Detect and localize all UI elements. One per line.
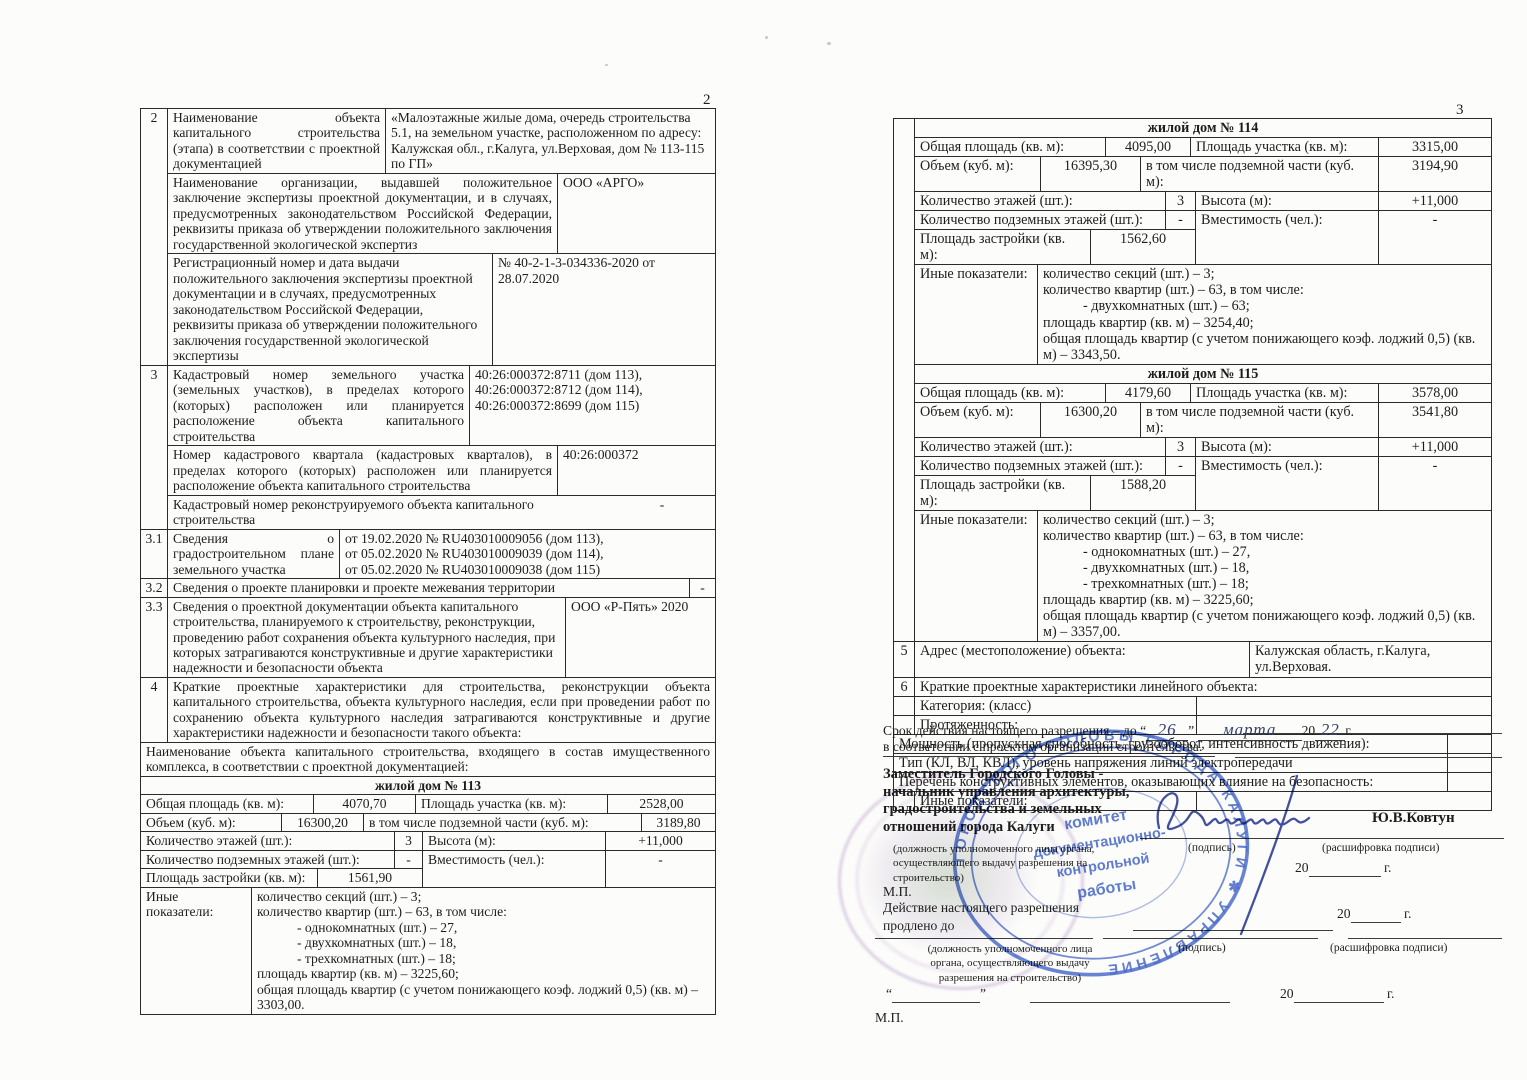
table-row: Кадастровый номер реконструируемого объе…: [168, 495, 715, 529]
spec-row: Общая площадь (кв. м): 4070,70 Площадь у…: [141, 794, 715, 812]
year-prefix: 20: [1302, 723, 1316, 738]
spec-row: Количество этажей (шт.): 3 Высота (м): +…: [915, 437, 1491, 456]
row-number: 3.3: [141, 598, 167, 677]
stamp-center-line-4: работы: [1076, 876, 1137, 902]
blank-line: [1030, 1002, 1230, 1003]
scan-speck: [827, 42, 831, 45]
spec-value: 1562,60: [1090, 230, 1195, 264]
g-label: г.: [1384, 860, 1391, 875]
label-address: Адрес (местоположение) объекта:: [914, 642, 1249, 676]
spec-value: 3578,00: [1378, 384, 1491, 402]
table-row: Кадастровый номер земельного участка (зе…: [168, 366, 715, 445]
spec-label: Вместимость (чел.):: [1195, 457, 1378, 510]
other-indicators-content: количество секций (шт.) – 3; количество …: [1037, 265, 1491, 363]
mp-label-2: М.П.: [875, 1010, 904, 1026]
indicator-line: количество секций (шт.) – 3;: [257, 889, 710, 904]
spec-label: Вместимость (чел.):: [1195, 211, 1378, 264]
indicator-line: площадь квартир (кв. м) – 3225,60;: [257, 966, 710, 981]
indicator-line: - однокомнатных (шт.) – 27,: [1083, 544, 1486, 560]
spec-label: Вместимость (чел.):: [422, 851, 605, 887]
spec-value: 3194,90: [1378, 157, 1491, 191]
page-number-3: 3: [1456, 102, 1464, 119]
row-number: 3: [141, 366, 167, 529]
other-indicators-content: количество секций (шт.) – 3; количество …: [1037, 511, 1491, 641]
label-planning-project: Сведения о проекте планировки и проекте …: [167, 579, 689, 596]
spec-value: 3: [394, 832, 422, 849]
spec-label: Количество этажей (шт.):: [141, 832, 394, 849]
spec-label: Количество подземных этажей (шт.):: [915, 457, 1165, 475]
spec-row: Площадь застройки (кв. м): 1588,20: [915, 475, 1195, 510]
scanned-permit-document: { "p2": { "page_no": "2", "n2": "2", "na…: [0, 0, 1527, 1080]
spec-label: Высота (м):: [1195, 438, 1378, 456]
spec-row: Объем (куб. м): 16395,30 в том числе под…: [915, 156, 1491, 191]
row-number: 2: [141, 109, 167, 365]
date-blank-3: 20 г.: [1280, 986, 1394, 1003]
spec-value: 3541,80: [1378, 403, 1491, 437]
house-114-title: жилой дом № 114: [915, 119, 1491, 137]
complex-name-text: Наименование объекта капитального строит…: [141, 743, 715, 776]
table-row: Наименование объекта капитального строит…: [141, 742, 715, 776]
spec-row: Количество подземных этажей (шт.): -: [915, 211, 1195, 229]
value-object-name: «Малоэтажные жилые дома, очередь строите…: [385, 109, 715, 173]
indicator-line: количество квартир (шт.) – 63, в том чис…: [1043, 282, 1486, 298]
spec-label: Высота (м):: [1195, 192, 1378, 210]
spec-row: Объем (куб. м): 16300,20 в том числе под…: [915, 402, 1491, 437]
indicator-line: общая площадь квартир (с учетом понижающ…: [257, 982, 710, 1013]
label-linear-object: Краткие проектные характеристики линейно…: [914, 678, 1491, 696]
indicator-line: общая площадь квартир (с учетом понижающ…: [1043, 331, 1486, 363]
spec-row: Площадь застройки (кв. м): 1562,60: [915, 229, 1195, 264]
scan-speck: [605, 64, 608, 66]
spec-value: 4070,70: [313, 795, 415, 812]
house-113-title: жилой дом № 113: [141, 777, 715, 794]
label-category: Категория: (класс): [914, 697, 1196, 715]
row-group-3: Кадастровый номер земельного участка (зе…: [167, 366, 715, 529]
value-gpzu: от 19.02.2020 № RU403010009056 (дом 113)…: [339, 530, 715, 578]
other-indicators-row: Иные показатели: количество секций (шт.)…: [915, 510, 1491, 641]
spec-label: Площадь участка (кв. м):: [1190, 138, 1378, 156]
label-project-docs: Сведения о проектной документации объект…: [167, 598, 565, 677]
spec-label: Объем (куб. м):: [915, 403, 1040, 437]
spec-value: 16300,20: [1040, 403, 1140, 437]
spec-label: Объем (куб. м):: [141, 814, 281, 831]
table-row: Номер кадастрового квартала (кадастровых…: [168, 445, 715, 494]
value-address: Калужская область, г.Калуга, ул.Верховая…: [1249, 642, 1491, 676]
other-indicators-content: количество секций (шт.) – 3; количество …: [251, 888, 715, 1014]
indicator-line: - двухкомнатных (шт.) – 18,: [297, 935, 710, 950]
label-object-name: Наименование объекта капитального строит…: [168, 109, 385, 173]
other-indicators-label: Иные показатели:: [915, 511, 1037, 641]
spec-row: Площадь застройки (кв. м): 1561,90: [141, 868, 422, 886]
scan-speck: [765, 36, 768, 39]
indicator-line: площадь квартир (кв. м) – 3225,60;: [1043, 592, 1486, 608]
spec-value: 3: [1165, 438, 1195, 456]
spec-label: Высота (м):: [422, 832, 605, 849]
spec-row: Объем (куб. м): 16300,20 в том числе под…: [141, 813, 715, 831]
spec-value: 1588,20: [1090, 476, 1195, 510]
value-structural-elements-empty: [1447, 773, 1491, 791]
spec-label: Общая площадь (кв. м):: [915, 138, 1105, 156]
spec-label: в том числе подземной части (куб. м):: [1140, 157, 1378, 191]
spec-row: Общая площадь (кв. м): 4179,60 Площадь у…: [915, 383, 1491, 402]
row-number: 3.2: [141, 579, 167, 596]
spec-label: Общая площадь (кв. м):: [141, 795, 313, 812]
spec-row: Количество подземных этажей (шт.): -: [141, 851, 422, 868]
spec-value: +11,000: [1378, 192, 1491, 210]
cadastral-line: 40:26:000372:8699 (дом 115): [475, 398, 710, 413]
table-row: Наименование организации, выдавшей полож…: [168, 173, 715, 253]
stamp-center-line-1: комитет: [1063, 807, 1128, 834]
house-title-row: жилой дом № 113: [141, 776, 715, 794]
spec-label: Площадь застройки (кв. м):: [915, 230, 1090, 264]
house-title-row: жилой дом № 115: [915, 364, 1491, 383]
spec-label: Общая площадь (кв. м):: [915, 384, 1105, 402]
label-gpzu: Сведения о градостроительном плане земел…: [167, 530, 339, 578]
spec-value: 4095,00: [1105, 138, 1190, 156]
other-indicators-label: Иные показатели:: [141, 888, 251, 1014]
spec-value: 2528,00: [607, 795, 715, 812]
value-cadastral-quarter: 40:26:000372: [557, 446, 715, 494]
indicator-line: - трехкомнатных (шт.) – 18;: [297, 951, 710, 966]
indicator-line: количество секций (шт.) – 3;: [1043, 266, 1486, 282]
handwritten-signature: [1145, 762, 1355, 947]
indicator-line: - двухкомнатных (шт.) – 18,: [1083, 560, 1486, 576]
gpzu-line: от 19.02.2020 № RU403010009056 (дом 113)…: [345, 531, 710, 546]
houses-section: жилой дом № 114 Общая площадь (кв. м): 4…: [894, 119, 1491, 641]
spec-composite-row: Количество подземных этажей (шт.): - Пло…: [141, 850, 715, 887]
gpzu-line: от 05.02.2020 № RU403010009038 (дом 115): [345, 562, 710, 577]
cadastral-line: 40:26:000372:8712 (дом 114),: [475, 382, 710, 397]
indicator-line: - трехкомнатных (шт.) – 18;: [1083, 576, 1486, 592]
spec-value: 3189,80: [641, 814, 715, 831]
label-reconstruction-number: Кадастровый номер реконструируемого объе…: [168, 496, 609, 529]
table-row: Наименование объекта капитального строит…: [168, 109, 715, 173]
spec-value: 3: [1165, 192, 1195, 210]
table-row: Регистрационный номер и дата выдачи поло…: [168, 253, 715, 364]
row-number: 3.1: [141, 530, 167, 578]
label-cadastral-quarter: Номер кадастрового квартала (кадастровых…: [168, 446, 557, 494]
spec-value: 16395,30: [1040, 157, 1140, 191]
row-number-empty: [894, 697, 914, 715]
blank-line: [1235, 757, 1502, 758]
other-indicators-row: Иные показатели: количество секций (шт.)…: [915, 264, 1491, 363]
indicator-line: площадь квартир (кв. м) – 3254,40;: [1043, 315, 1486, 331]
spec-value: 16300,20: [281, 814, 363, 831]
house-115-title: жилой дом № 115: [915, 365, 1491, 383]
number-column-strip: [894, 119, 914, 641]
table-row: 6 Краткие проектные характеристики линей…: [894, 677, 1491, 696]
label-expertise-org: Наименование организации, выдавшей полож…: [168, 174, 557, 253]
table-row: 3.3 Сведения о проектной документации об…: [141, 597, 715, 677]
value-expertise-org: ООО «АРГО»: [557, 174, 715, 253]
other-indicators-row: Иные показатели: количество секций (шт.)…: [141, 887, 715, 1014]
spec-label: Объем (куб. м):: [915, 157, 1040, 191]
row-group-2: Наименование объекта капитального строит…: [167, 109, 715, 365]
spec-label: Количество этажей (шт.):: [915, 192, 1165, 210]
label-cadastral-number: Кадастровый номер земельного участка (зе…: [168, 366, 469, 445]
row-number: 4: [141, 678, 167, 742]
permit-table-page2: 2 Наименование объекта капитального стро…: [140, 108, 716, 1015]
row-number: 6: [894, 678, 914, 696]
spec-value: 3315,00: [1378, 138, 1491, 156]
spec-label: Количество подземных этажей (шт.):: [141, 851, 394, 868]
spec-label: Площадь участка (кв. м):: [415, 795, 607, 812]
spec-value: -: [605, 851, 715, 887]
value-project-docs: ООО «Р-Пять» 2020: [565, 598, 715, 677]
gpzu-line: от 05.02.2020 № RU403010009039 (дом 114)…: [345, 546, 710, 561]
label-registration-number: Регистрационный номер и дата выдачи поло…: [168, 254, 492, 364]
spec-row: Количество этажей (шт.): 3 Высота (м): +…: [915, 191, 1491, 210]
indicator-line: количество секций (шт.) – 3;: [1043, 512, 1486, 528]
permit-table-page3: жилой дом № 114 Общая площадь (кв. м): 4…: [893, 118, 1492, 811]
indicator-line: - однокомнатных (шт.) – 27,: [297, 920, 710, 935]
page-number-2: 2: [703, 92, 711, 109]
spec-label: в том числе подземной части (куб. м):: [1140, 403, 1378, 437]
spec-label: Количество подземных этажей (шт.):: [915, 211, 1165, 229]
year-g: г.: [1345, 723, 1352, 738]
value-planning-project: -: [689, 579, 715, 596]
indicator-line: количество квартир (шт.) – 63, в том чис…: [257, 904, 710, 919]
spec-row: Общая площадь (кв. м): 4095,00 Площадь у…: [915, 137, 1491, 156]
spec-value: -: [1165, 457, 1195, 475]
house-title-row: жилой дом № 114: [915, 119, 1491, 137]
spec-label: в том числе подземной части (куб. м):: [363, 814, 641, 831]
spec-composite-row: Количество подземных этажей (шт.): - Пло…: [915, 456, 1491, 510]
value-reconstruction-number: -: [609, 496, 715, 529]
blank-line: [1348, 938, 1502, 939]
table-row: 3 Кадастровый номер земельного участка (…: [141, 365, 715, 529]
spec-label: Количество этажей (шт.):: [915, 438, 1165, 456]
indicator-line: - двухкомнатных (шт.) – 63;: [1083, 298, 1486, 314]
spec-value: -: [1378, 457, 1491, 510]
table-row: 3.1 Сведения о градостроительном плане з…: [141, 529, 715, 578]
brief-characteristics-text: Краткие проектные характеристики для стр…: [167, 678, 715, 742]
g-label: г.: [1387, 986, 1394, 1001]
spec-label: Площадь участка (кв. м):: [1190, 384, 1378, 402]
blank-line: [1243, 733, 1502, 734]
spec-value: +11,000: [605, 832, 715, 849]
table-row: 3.2 Сведения о проекте планировки и прое…: [141, 578, 715, 596]
signatory-name: Ю.В.Ковтун: [1372, 810, 1455, 827]
spec-value: 4179,60: [1105, 384, 1190, 402]
g-label: г.: [1404, 906, 1411, 921]
indicator-line: общая площадь квартир (с учетом понижающ…: [1043, 608, 1486, 640]
table-row: 5 Адрес (местоположение) объекта: Калужс…: [894, 641, 1491, 676]
other-indicators-label: Иные показатели:: [915, 265, 1037, 363]
spec-value: 1561,90: [317, 869, 422, 886]
table-row: 2 Наименование объекта капитального стро…: [141, 109, 715, 365]
handwritten-year: 22: [1321, 720, 1340, 739]
table-row: 4 Краткие проектные характеристики для с…: [141, 677, 715, 742]
spec-value: +11,000: [1378, 438, 1491, 456]
spec-row: Количество подземных этажей (шт.): -: [915, 457, 1195, 475]
spec-row: Количество этажей (шт.): 3 Высота (м): +…: [141, 831, 715, 849]
indicator-line: количество квартир (шт.) – 63, в том чис…: [1043, 528, 1486, 544]
spec-value: -: [1165, 211, 1195, 229]
row-number: 5: [894, 642, 914, 676]
value-registration-number: № 40-2-1-3-034336-2020 от 28.07.2020: [492, 254, 715, 364]
spec-value: -: [394, 851, 422, 868]
value-category-empty: [1196, 697, 1491, 715]
value-cadastral-number: 40:26:000372:8711 (дом 113), 40:26:00037…: [469, 366, 715, 445]
spec-label: Площадь застройки (кв. м):: [141, 869, 317, 886]
spec-label: Площадь застройки (кв. м):: [915, 476, 1090, 510]
value-capacity-empty: [1447, 735, 1491, 753]
spec-composite-row: Количество подземных этажей (шт.): - Пло…: [915, 210, 1491, 264]
spec-value: -: [1378, 211, 1491, 264]
year-blank: 20: [1280, 986, 1294, 1001]
cadastral-line: 40:26:000372:8711 (дом 113),: [475, 367, 710, 382]
